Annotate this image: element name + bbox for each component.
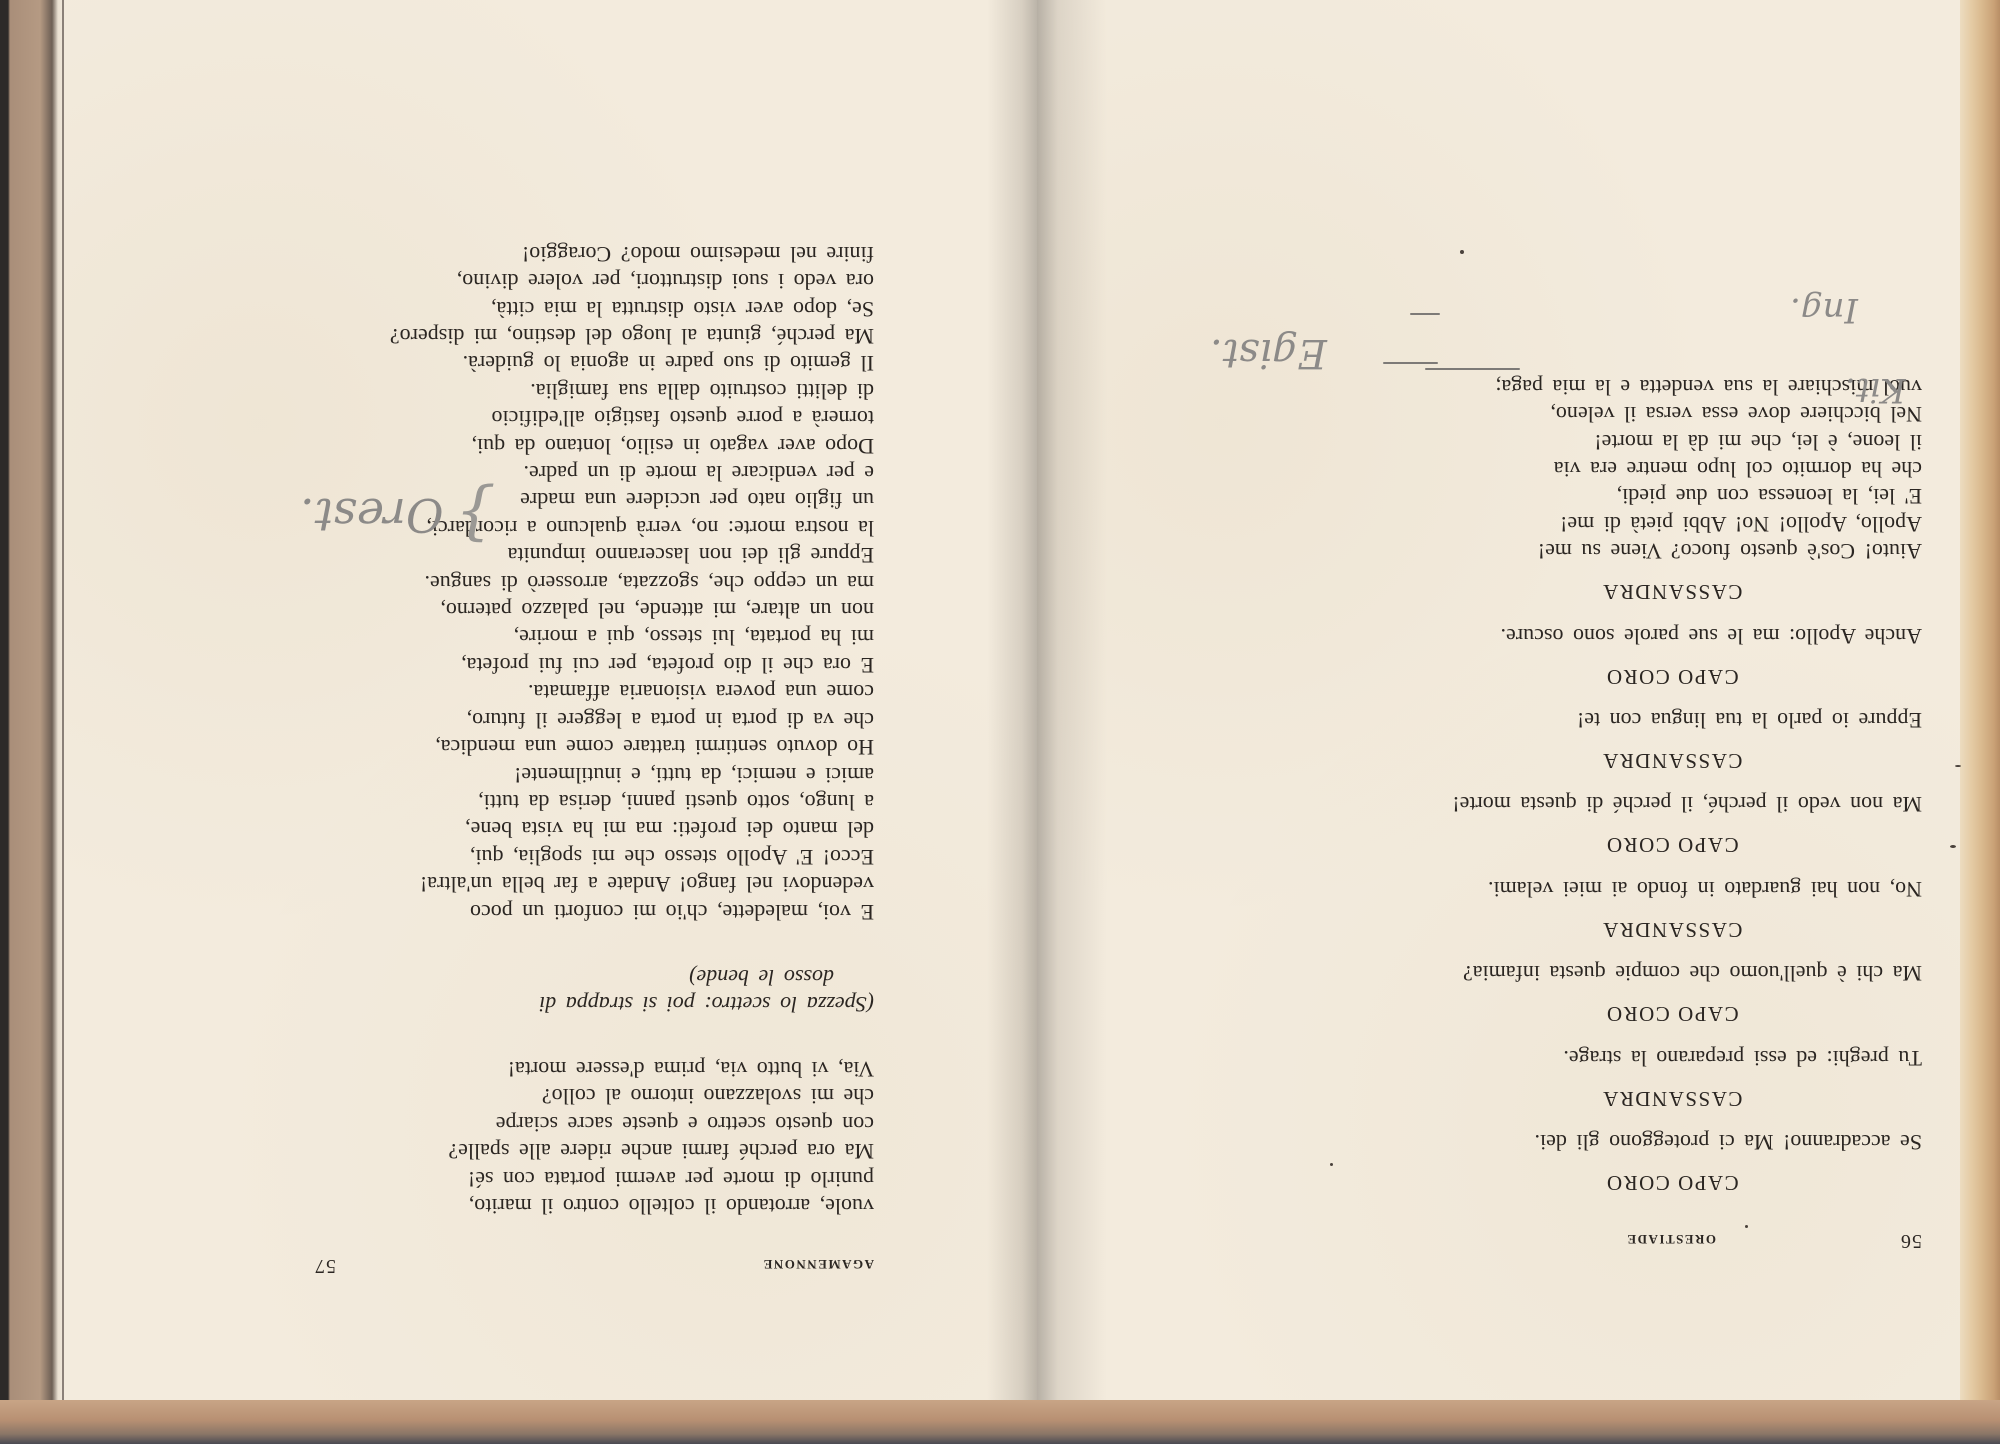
speech-line: Se accadranno! Ma ci proteggono gli dei.: [1422, 1129, 1922, 1156]
handwritten-note: Kit.: [1845, 370, 1906, 410]
pencil-underline: [1425, 368, 1520, 370]
speech-line: Apollo, Apollo! No! Abbi pietà di me!: [1422, 510, 1922, 537]
verse-line: non un altare, mi attende, nel palazzo p…: [314, 597, 874, 624]
speaker-name: CAPO CORO: [1422, 832, 1922, 857]
verse-line: E ora che il dio profeta, per cui fui pr…: [314, 652, 874, 679]
left-page: AGAMENNONE 57 vuole, arrotando il coltel…: [62, 0, 1037, 1410]
speech-line: E' lei, la leonessa con due piedi,: [1422, 483, 1922, 510]
verse-line: Via, vi butto via, prima d'essere morta!: [314, 1056, 874, 1083]
speech-line: No, non hai guardato in fondo ai miei ve…: [1422, 875, 1922, 902]
left-page-content: AGAMENNONE 57 vuole, arrotando il coltel…: [314, 262, 874, 1277]
verse-line: Ecco! E' Apollo stesso che mi spoglia, q…: [314, 843, 874, 870]
speaker-name: CASSANDRA: [1422, 1086, 1922, 1111]
gutter-shadow: [987, 0, 1037, 1410]
speaker-name: CAPO CORO: [1422, 1001, 1922, 1026]
verse-line: vuole, arrotando il coltello contro il m…: [314, 1193, 874, 1220]
verse-line: che va di porta in porta a leggere il fu…: [314, 706, 874, 733]
verse-line: punirlo di morte per avermi portata con …: [314, 1165, 874, 1192]
verse-line: che mi svolazzano intorno al collo?: [314, 1083, 874, 1110]
dust-speck: [1460, 250, 1464, 254]
speech-line: Aiuto! Cos'è questo fuoco? Viene su me!: [1422, 538, 1922, 565]
speaker-name: CAPO CORO: [1422, 1170, 1922, 1195]
dust-speck: [1330, 1163, 1333, 1166]
verse-line: Eppure gli dei non lasceranno impunita: [314, 542, 874, 569]
verse-line: ma un ceppo che, sgozzata, arrosserò di …: [314, 569, 874, 596]
page-number: 56: [1900, 1229, 1922, 1252]
book-cover-right-edge: [1960, 0, 2000, 1444]
speech-line: Tu preghi: ed essi preparano la strage.: [1422, 1044, 1922, 1071]
book-cover-bottom-edge: [0, 1400, 2000, 1444]
page-number: 57: [314, 1254, 336, 1277]
verse-line: del manto dei profeti: ma mi ha vista be…: [314, 816, 874, 843]
speaker-name: CASSANDRA: [1422, 579, 1922, 604]
verse-line: come una povera visionaria affamata.: [314, 679, 874, 706]
speech-line: Anche Apollo: ma le sue parole sono oscu…: [1422, 622, 1922, 649]
dust-speck: [1955, 765, 1961, 767]
running-head: 56 ORESTIADE: [1422, 1229, 1922, 1252]
speaker-name: CASSANDRA: [1422, 748, 1922, 773]
speech-line: Ma chi è quell'uomo che compie questa in…: [1422, 960, 1922, 987]
verse-line: Ho dovuto sentirmi trattare come una men…: [314, 734, 874, 761]
running-head: AGAMENNONE 57: [314, 1254, 874, 1277]
verse-line: finire nel medesimo modo? Coraggio!: [314, 240, 874, 267]
book-spread: AGAMENNONE 57 vuole, arrotando il coltel…: [62, 0, 1960, 1410]
verse-line: Dopo aver vagato in esilio, lontano da q…: [314, 432, 874, 459]
pencil-underline: [1383, 362, 1438, 364]
verse-line: Ma ora perché farmi anche ridere alle sp…: [314, 1138, 874, 1165]
stage-direction: (Spezza lo scettro: poi si strappa di do…: [314, 964, 874, 1018]
book-cover-left-edge: [0, 0, 62, 1444]
handwritten-bracket: }: [455, 478, 496, 552]
verse-line: Ma perché, giunta al luogo del destino, …: [314, 323, 874, 350]
gutter-shadow: [1037, 0, 1107, 1410]
verse-line: E voi, maledette, ch'io mi conforti un p…: [314, 898, 874, 925]
right-page: 56 ORESTIADE CAPO CORO Se accadranno! Ma…: [1037, 0, 1960, 1410]
verse-line: ora vedo i suoi distruttori, per volere …: [314, 268, 874, 295]
stage-direction-line: (Spezza lo scettro: poi si strappa di: [539, 992, 874, 1017]
speaker-name: CAPO CORO: [1422, 664, 1922, 689]
handwritten-note: Orest.: [300, 488, 444, 542]
pencil-underline: [1410, 313, 1440, 315]
running-head-title: ORESTIADE: [1626, 1231, 1716, 1247]
dust-speck: [1950, 845, 1956, 848]
speech-line: Ma non vedo il perché, il perché di ques…: [1422, 791, 1922, 818]
handwritten-note: Egist.: [1210, 330, 1327, 376]
stage-direction-line: dosso le bende): [314, 964, 874, 991]
verse-line: tornerà a porre questo fastigio all'edif…: [314, 405, 874, 432]
speech-line: che ha dormito col lupo mentre era via: [1422, 456, 1922, 483]
verse-line: Il gemito di suo padre in agonia lo guid…: [314, 350, 874, 377]
verse-line: a lungo, sotto questi panni, derisa da t…: [314, 789, 874, 816]
speech-line: il leone, è lei, che mi dà la morte!: [1422, 428, 1922, 455]
verse-line: e per vendicare la morte di un padre.: [314, 460, 874, 487]
verse-line: amici e nemici, da tutti, e inutilmente!: [314, 761, 874, 788]
verse-line: vedendovi nel fango! Andate a far bella …: [314, 871, 874, 898]
running-head-title: AGAMENNONE: [762, 1256, 874, 1272]
handwritten-note: Ing.: [1790, 290, 1858, 330]
dust-speck: [1745, 1225, 1748, 1228]
verse-line: mi ha portata, lui stesso, qui a morire,: [314, 624, 874, 651]
verse-line: con questo scettro e queste sacre sciarp…: [314, 1110, 874, 1137]
speech-line: Eppure io parlo la tua lingua con te!: [1422, 707, 1922, 734]
verse-line: Se, dopo aver visto distrutta la mia cit…: [314, 295, 874, 322]
speaker-name: CASSANDRA: [1422, 917, 1922, 942]
verse-line: di delitti costruito dalla sua famiglia.: [314, 377, 874, 404]
